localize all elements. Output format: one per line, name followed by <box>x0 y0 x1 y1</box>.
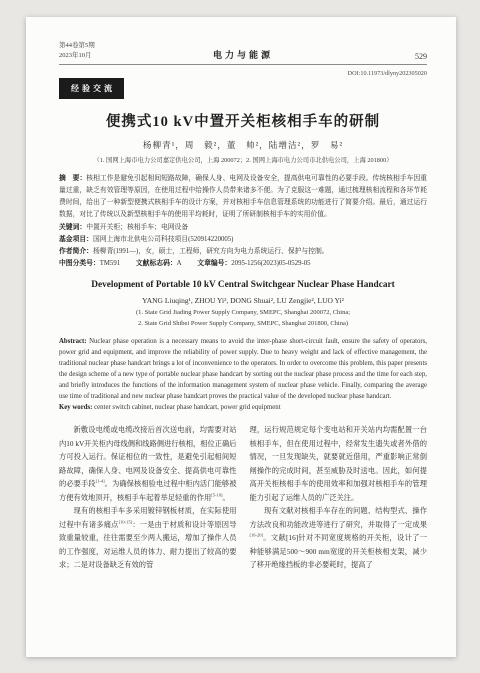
keywords-text: 中置开关柜；核相手车；电网设备 <box>86 224 188 231</box>
document-code: 文献标志码：A <box>136 260 182 267</box>
body-paragraph: 理，运行规范规定每个变电站和开关站内均需配置一台核相手车，但在使用过程中，经常发… <box>250 424 428 505</box>
article-title-cn: 便携式10 kV中置开关柜核相手车的研制 <box>59 110 427 131</box>
article-id: 文章编号：2095-1256(2023)05-0529-05 <box>197 260 310 267</box>
abstract-label: 摘 要： <box>59 175 86 182</box>
abstract-en: Abstract: Nuclear phase operation is a n… <box>59 336 427 402</box>
clc-number: 中图分类号：TM591 <box>59 260 120 267</box>
left-column: 新敷设电缆或电缆改接后首次送电前，均需要对站内10 kV开关柜内母线侧和线路侧进… <box>59 424 237 573</box>
header-divider <box>59 64 427 65</box>
english-abstract-block: Abstract: Nuclear phase operation is a n… <box>59 336 427 413</box>
keywords-en-label: Key words: <box>59 404 92 411</box>
issue-info: 第44卷第5期 2023年10月 <box>59 41 182 61</box>
authors-en: YANG Liuqing¹, ZHOU Yi², DONG Shuai², LU… <box>59 296 427 305</box>
article-title-en: Development of Portable 10 kV Central Sw… <box>59 280 427 290</box>
right-column: 理，运行规范规定每个变电站和开关站内均需配置一台核相手车，但在使用过程中，经常发… <box>250 424 428 573</box>
bio-label: 作者简介： <box>59 248 93 255</box>
clc-label: 中图分类号： <box>59 260 100 267</box>
article-id-value: 2095-1256(2023)05-0529-05 <box>231 260 310 267</box>
body-paragraph: 现有文献对核相手车存在的问题、结构型式、操作方法改良和功能改进等进行了研究，并取… <box>250 505 428 573</box>
journal-name: 电力与能源 <box>182 48 305 61</box>
funding-label: 基金项目： <box>59 236 93 243</box>
affiliation-en: (1. State Grid Jiading Power Supply Comp… <box>59 308 427 330</box>
classification-line: 中图分类号：TM591 文献标志码：A 文章编号：2095-1256(2023)… <box>59 258 427 270</box>
abstract-en-text: Nuclear phase operation is a necessary m… <box>59 338 427 400</box>
keywords-label: 关键词： <box>59 224 86 231</box>
doi-text: DOI:10.11973/dlyny202305020 <box>59 70 427 77</box>
journal-header: 第44卷第5期 2023年10月 电力与能源 529 <box>59 41 427 61</box>
issue-volume: 第44卷第5期 <box>59 41 182 51</box>
chinese-meta-block: 摘 要：核相工作是避免引起相间短路故障，确保人身、电网及设备安全，提高供电可靠性… <box>59 173 427 270</box>
scanned-journal-page: { "header": { "issue_line1": "第44卷第5期", … <box>0 0 480 673</box>
body-paragraph: 新敷设电缆或电缆改接后首次送电前，均需要对站内10 kV开关柜内母线侧和线路侧进… <box>59 424 237 505</box>
keywords-cn: 关键词：中置开关柜；核相手车；电网设备 <box>59 222 427 234</box>
abstract-en-label: Abstract: <box>59 338 87 345</box>
abstract-cn: 摘 要：核相工作是避免引起相间短路故障，确保人身、电网及设备安全，提高供电可靠性… <box>59 173 427 221</box>
column-badge: 经验交流 <box>59 78 124 99</box>
body-columns: 新敷设电缆或电缆改接后首次送电前，均需要对站内10 kV开关柜内母线侧和线路侧进… <box>59 424 427 573</box>
funding-text: 国网上海市北供电公司科技项目(520914220005) <box>93 236 233 243</box>
paper-page: 第44卷第5期 2023年10月 电力与能源 529 DOI:10.11973/… <box>26 17 456 657</box>
abstract-text: 核相工作是避免引起相间短路故障，确保人身、电网及设备安全，提高供电可靠性的必要手… <box>59 175 427 218</box>
affiliation-en-line1: (1. State Grid Jiading Power Supply Comp… <box>59 308 427 319</box>
funding-line: 基金项目：国网上海市北供电公司科技项目(520914220005) <box>59 234 427 246</box>
keywords-en: Key words: center switch cabinet, nuclea… <box>59 402 427 413</box>
issue-date: 2023年10月 <box>59 51 182 61</box>
keywords-en-text: center switch cabinet, nuclear phase han… <box>94 404 280 411</box>
doc-code-label: 文献标志码： <box>136 260 177 267</box>
bio-text: 杨柳青(1991—)，女，硕士，工程师，研究方向为电力系统运行、保护与控制。 <box>93 248 329 255</box>
article-id-label: 文章编号： <box>197 260 231 267</box>
clc-value: TM591 <box>100 260 120 267</box>
affiliation-cn: （1. 国网上海市电力公司嘉定供电公司，上海 200072；2. 国网上海市电力… <box>59 155 427 164</box>
affiliation-en-line2: 2. State Grid Shibei Power Supply Compan… <box>59 319 427 330</box>
page-number: 529 <box>304 52 427 61</box>
author-bio-line: 作者简介：杨柳青(1991—)，女，硕士，工程师，研究方向为电力系统运行、保护与… <box>59 246 427 258</box>
body-paragraph: 现有的核相手车多采用镀锌钢板材质，在实际使用过程中有诸多痛点[10-15]：一是… <box>59 505 237 573</box>
authors-cn: 杨柳青¹，周 毅²，董 帅²，陆增洁²，罗 易² <box>59 139 427 151</box>
doc-code-value: A <box>177 260 182 267</box>
